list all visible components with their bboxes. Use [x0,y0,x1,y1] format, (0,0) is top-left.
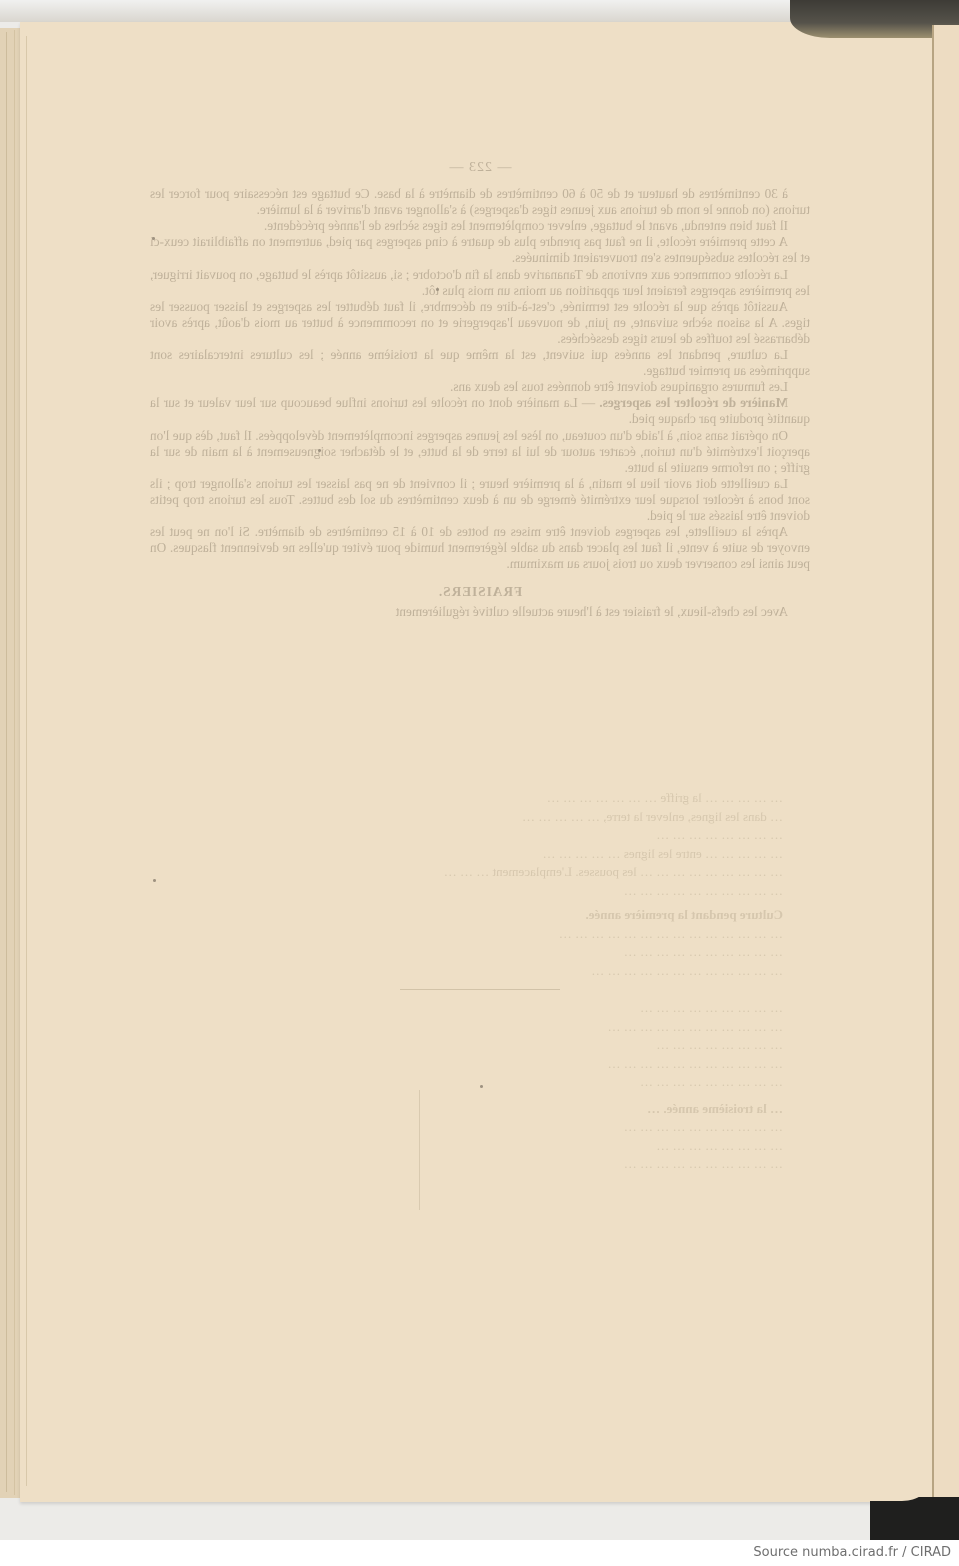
faint-bleed-through-text: … … … … … la griffe … … … … … … … … dans… [155,790,805,1175]
paragraph: Aussitôt après que la récolte est termin… [150,299,810,347]
paper-speck [436,288,439,291]
faint-line: … … … … … la griffe … … … … … … … [155,790,805,807]
paper-speck [318,449,321,452]
paragraph: Il faut bien entendu, avant le buttage, … [150,218,810,234]
faint-line: … dans les lignes, enlever la terre, … …… [155,809,805,826]
faint-line: … … … … … … … … … [155,1000,805,1017]
faint-line: … … … … … … … … … … [155,1119,805,1136]
scan-area: — 223 — à 30 centimètres de hauteur et d… [0,0,959,1540]
faint-vertical-line [419,1090,420,1210]
faint-line: … … … … … … … … [155,1037,805,1054]
faint-line: … … … … … … … … … les pousses. L'emplace… [155,864,805,881]
page-edge-line [26,36,31,1486]
section-title: FRAISIERS. [150,584,810,600]
faint-line: … … … … … … … … … … [155,944,805,961]
faint-line: … … … … … … … … … … … … [155,963,805,980]
paragraph: La récolte commence aux environs de Tana… [150,267,810,299]
faint-line: … … … … … … … … … … [155,1156,805,1173]
paragraph: Les fumures organiques doivent être donn… [150,379,810,395]
heading-paragraph: Manière de récolter les asperges. — La m… [150,395,810,427]
paragraph: La cueillette doit avoir lieu le matin, … [150,476,810,524]
paper-speck [480,1085,483,1088]
bleed-through-text: — 223 — à 30 centimètres de hauteur et d… [150,160,810,621]
book-binding-bottom [870,1497,959,1540]
faint-heading: … la troisième année. … [155,1101,805,1118]
facing-page-edge [932,25,959,1500]
source-credit: Source numba.cirad.fr / CIRAD [753,1545,951,1560]
faint-heading: Culture pendant la première année. [155,907,805,924]
faint-line: … … … … … … … … … … … [155,1019,805,1036]
faint-line: … … … … … … … … … … … … … … [155,926,805,943]
run-in-heading: Manière de récolter les asperges. [599,395,788,410]
paper-speck [152,237,155,240]
faint-line: … … … … … entre les lignes … … … … … [155,846,805,863]
faint-line: … … … … … … … … … … … [155,1056,805,1073]
paragraph: On opérait sans soin, à l'aide d'un cout… [150,428,810,476]
faint-line: … … … … … … … … [155,827,805,844]
faint-line: … … … … … … … … [155,1138,805,1155]
paragraph: à 30 centimètres de hauteur et de 50 à 6… [150,186,810,218]
paragraph: A cette première récolte, il ne faut pas… [150,234,810,266]
faint-line: … … … … … … … … … … [155,883,805,900]
faint-rule [400,989,560,990]
paragraph: Après la cueillette, les asperges doiven… [150,524,810,572]
paper-speck [153,879,156,882]
page-number: — 223 — [150,160,810,176]
paragraph: Avec les chefs-lieux, le fraisier est à … [150,604,810,620]
faint-line: … … … … … … … … … [155,1074,805,1091]
paragraph: La culture, pendant les années qui suive… [150,347,810,379]
